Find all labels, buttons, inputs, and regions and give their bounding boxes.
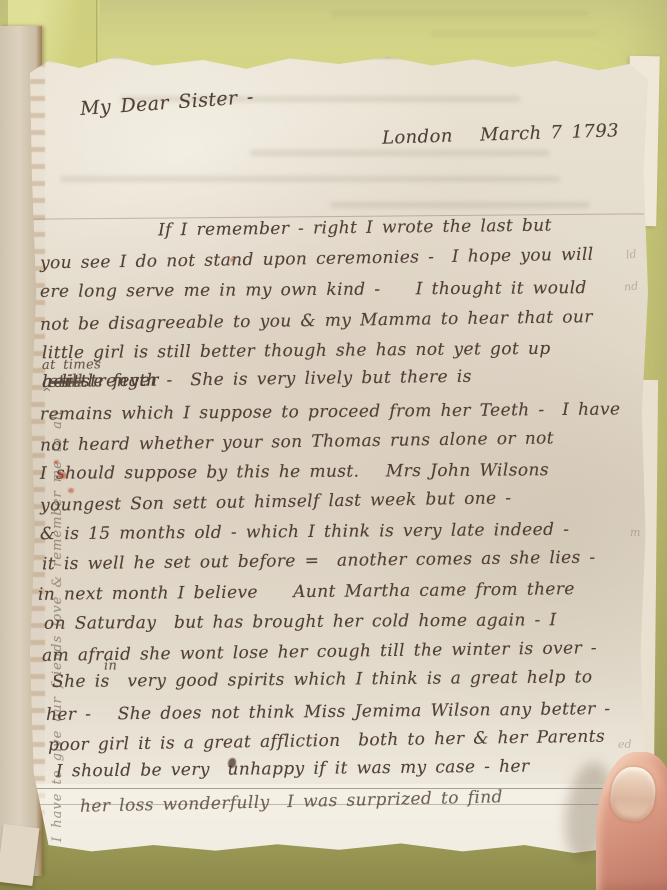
- show-through-fragment: nd: [623, 279, 638, 293]
- foxing-spot: [230, 258, 235, 262]
- interlinear-insertion: in: [104, 659, 117, 672]
- letter-line: & is 15 months old - which I think is ve…: [40, 522, 569, 544]
- letter-line: it is well he set out before = another c…: [42, 550, 596, 574]
- page-corner-wedge: [0, 824, 39, 886]
- album-page-crease: [96, 0, 99, 72]
- letter-line: ere long serve me in my own kind - I tho…: [40, 280, 587, 301]
- letter-line: in next month I believe Aunt Martha came…: [38, 581, 575, 604]
- letter-line: little girl is still better though she h…: [42, 341, 551, 362]
- show-through-mark: [430, 30, 600, 37]
- foxing-spot: [54, 460, 59, 464]
- margin-note: I have to give our friends love & rememb…: [50, 187, 65, 842]
- archive-photo: My Dear Sister - London March 7 1793 If …: [0, 0, 667, 890]
- thumb-nail: [608, 765, 658, 824]
- letter-line-text: She is very good spirits which I think i…: [52, 669, 593, 691]
- show-through-mark: [250, 150, 550, 156]
- letter-line: remains which I suppose to proceed from …: [40, 401, 621, 423]
- show-through-mark: [60, 176, 560, 182]
- letter-line: If I remember - right I wrote the last b…: [158, 218, 552, 240]
- show-through-fragment: ld: [625, 247, 637, 261]
- letter-line: I should suppose by this he must. Mrs Jo…: [40, 462, 549, 483]
- letter-line: poor girl it is a great affliction both …: [48, 729, 605, 755]
- foxing-spot: [68, 488, 74, 493]
- foxing-spot: [58, 472, 67, 479]
- letter-line: not heard whether your son Thomas runs a…: [40, 430, 554, 454]
- letter-line: you see I do not stand upon ceremonies -…: [40, 247, 594, 273]
- letter-line: on Saturday but has brought her cold hom…: [44, 612, 557, 633]
- letter-line: her - She does not think Miss Jemima Wil…: [46, 701, 611, 724]
- show-through-fragment: ed: [618, 738, 632, 751]
- letter-line: not be disagreeable to you & my Mamma to…: [40, 309, 593, 334]
- letter-page: My Dear Sister - London March 7 1793 If …: [30, 52, 648, 853]
- burnt-top-edge: [30, 52, 648, 69]
- letter-line: I should be very unhappy if it was my ca…: [56, 759, 530, 781]
- fold-line: [32, 788, 646, 789]
- show-through-mark: [330, 202, 590, 208]
- show-through-mark: [330, 10, 590, 17]
- letter-line: am afraid she wont lose her cough till t…: [42, 640, 597, 665]
- show-through-fragment: m: [630, 526, 640, 539]
- dateline: London March 7 1793: [382, 120, 620, 148]
- letter-line: youngest Son sett out himself last week …: [40, 490, 512, 514]
- salutation: My Dear Sister -: [79, 86, 254, 120]
